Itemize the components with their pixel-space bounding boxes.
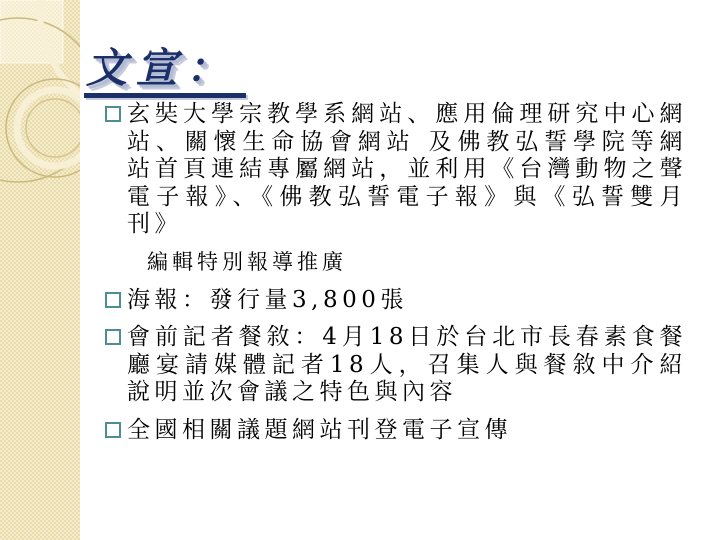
bullet-text: 海報：發行量3,800張: [127, 287, 408, 313]
circle-ornament: [26, 99, 80, 157]
circle-ornaments: [0, 0, 80, 540]
bullet-text: 玄奘大學宗教學系網站、應用倫理研究中心網站、關懷生命協會網站 及佛教弘誓學院等網…: [127, 101, 687, 237]
bullet-item: 全國相關議題網站刊登電子宣傳: [105, 417, 687, 445]
bullet-item: 海報：發行量3,800張: [105, 287, 687, 315]
sidebar-decoration: [0, 0, 80, 540]
slide-body: 玄奘大學宗教學系網站、應用倫理研究中心網站、關懷生命協會網站 及佛教弘誓學院等網…: [105, 101, 687, 454]
bullet-square-icon: [105, 106, 121, 122]
bullet-text: 編輯特別報導推廣: [147, 250, 347, 274]
sub-bullet-item: 編輯特別報導推廣: [147, 249, 687, 275]
light-square-ornament: [0, 0, 63, 63]
bullet-item: 會前記者餐敘：4月18日於台北市長春素食餐廳宴請媒體記者18人，召集人與餐敘中介…: [105, 324, 687, 407]
bullet-square-icon: [105, 422, 121, 438]
bullet-item: 玄奘大學宗教學系網站、應用倫理研究中心網站、關懷生命協會網站 及佛教弘誓學院等網…: [105, 101, 687, 239]
bullet-text: 會前記者餐敘：4月18日於台北市長春素食餐廳宴請媒體記者18人，召集人與餐敘中介…: [127, 324, 687, 405]
bullet-square-icon: [105, 292, 121, 308]
bullet-square-icon: [105, 329, 121, 345]
slide-title: 文宣：: [84, 46, 246, 98]
bullet-text: 全國相關議題網站刊登電子宣傳: [127, 417, 512, 443]
